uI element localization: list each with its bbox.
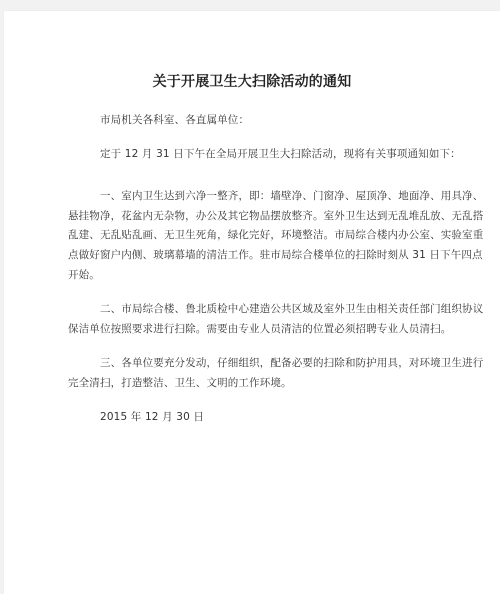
salutation: 市局机关各科室、各直属单位： <box>100 112 249 127</box>
paragraph-1-line-5: 开始。 <box>68 267 100 282</box>
paragraph-3-line-1: 三、各单位要充分发动，仔细组织，配备必要的扫除和防护用具，对环境卫生进行 <box>100 355 483 370</box>
paragraph-3-line-2: 完全清扫，打造整洁、卫生、文明的工作环境。 <box>68 375 292 390</box>
paragraph-1-line-2: 悬挂物净，花盆内无杂物，办公及其它物品摆放整齐。室外卫生达到无乱堆乱放、无乱搭 <box>68 208 483 223</box>
intro-paragraph: 定于 12 月 31 日下午在全局开展卫生大扫除活动，现将有关事项通知如下： <box>100 146 461 161</box>
paragraph-2-line-1: 二、市局综合楼、鲁北质检中心建造公共区域及室外卫生由相关责任部门组织协议 <box>100 301 483 316</box>
paragraph-1-line-1: 一、室内卫生达到六净一整齐，即：墙壁净、门窗净、屋顶净、地面净、用具净、 <box>100 188 483 203</box>
document-title: 关于开展卫生大扫除活动的通知 <box>4 71 500 91</box>
document-page: 关于开展卫生大扫除活动的通知 市局机关各科室、各直属单位： 定于 12 月 31… <box>4 11 500 594</box>
paragraph-2-line-2: 保洁单位按照要求进行扫除。需要由专业人员清洁的位置必须招聘专业人员清扫。 <box>68 321 451 336</box>
paragraph-1-line-3: 乱建、无乱贴乱画、无卫生死角，绿化完好，环境整洁。市局综合楼内办公室、实验室重 <box>68 227 483 242</box>
document-date: 2015 年 12 月 30 日 <box>100 409 204 424</box>
paragraph-1-line-4: 点做好窗户内侧、玻璃幕墙的清洁工作。驻市局综合楼单位的扫除时刻从 31 日下午四… <box>68 247 483 262</box>
